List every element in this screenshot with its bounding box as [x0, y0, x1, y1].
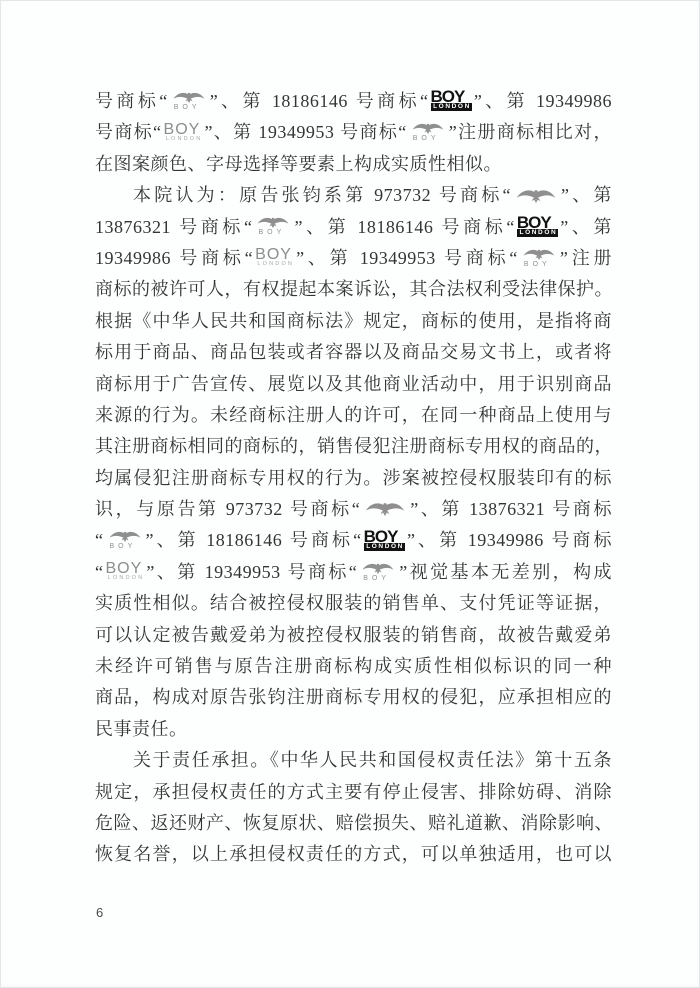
boy-london-outline-bottom: LONDON	[106, 575, 145, 581]
document-line: 标用于商品、商品包装或者容器以及商品交易文书上，或者将	[95, 337, 612, 368]
document-line: 均属侵犯注册商标专用权的行为。涉案被控侵权服装印有的标	[95, 463, 612, 494]
document-line: 19349986 号商标“BOYLONDON”、第 19349953 号商标“B…	[95, 243, 612, 274]
text-run: 号商标“	[95, 91, 168, 111]
boy-eagle-caption: BOY	[520, 261, 558, 268]
boy-eagle-logo: BOY	[170, 91, 208, 111]
text-run: ”、第 19349953 号商标“	[204, 122, 406, 142]
document-line: 未经许可销售与原告注册商标构成实质性相似标识的同一种	[95, 651, 612, 682]
text-run: ”、第	[560, 217, 612, 237]
text-run: 民事责任。	[95, 719, 188, 739]
text-run: ”视觉基本无差别，构成	[399, 562, 612, 582]
text-run: 恢复名誉，以上承担侵权责任的方式，可以单独适用，也可以	[95, 844, 612, 864]
document-line: 13876321 号商标“BOY”、第 18186146 号商标“BOYLOND…	[95, 212, 612, 243]
text-run: 在图案颜色、字母选择等要素上构成实质性相似。	[95, 154, 502, 174]
document-line: “BOY”、第 18186146 号商标“BOYLONDON”、第 193499…	[95, 525, 612, 556]
text-run: 19349986 号商标“	[95, 248, 253, 268]
boy-london-black-logo: BOYLONDON	[431, 90, 472, 111]
boy-london-black-logo: BOYLONDON	[364, 530, 405, 551]
boy-london-outline-logo: BOYLONDON	[106, 562, 145, 581]
document-line: 民事责任。	[95, 714, 612, 745]
boy-london-outline-top: BOY	[106, 562, 145, 575]
document-line: 商标用于广告宣传、展览以及其他商业活动中，用于识别商品	[95, 369, 612, 400]
text-run: ”、第 19349953 号商标“	[146, 562, 357, 582]
text-run: ”注册	[560, 248, 612, 268]
document-line: 可以认定被告戴爱弟为被控侵权服装的销售商，故被告戴爱弟	[95, 620, 612, 651]
boy-eagle-logo: BOY	[359, 562, 397, 582]
document-line: 识，与原告第 973732 号商标“”、第 13876321 号商标	[95, 494, 612, 525]
text-run: 商标用于广告宣传、展览以及其他商业活动中，用于识别商品	[95, 374, 612, 394]
text-run: 标用于商品、商品包装或者容器以及商品交易文书上，或者将	[95, 342, 612, 362]
boy-eagle-logo: BOY	[520, 248, 558, 268]
document-body-text: 号商标“BOY”、第 18186146 号商标“BOYLONDON”、第 193…	[95, 86, 612, 871]
text-run: 识，与原告第 973732 号商标“	[95, 499, 360, 519]
boy-eagle-caption: BOY	[170, 104, 208, 111]
text-run: “	[95, 562, 104, 582]
boy-eagle-caption: BOY	[409, 135, 447, 142]
eagle-emblem-logo	[513, 188, 559, 203]
boy-london-outline-top: BOY	[255, 248, 294, 261]
text-run: ”、第 19349986	[474, 91, 612, 111]
boy-eagle-caption: BOY	[359, 575, 397, 582]
boy-london-outline-top: BOY	[164, 123, 203, 136]
boy-eagle-logo: BOY	[409, 122, 447, 142]
document-line: 实质性相似。结合被控侵权服装的销售单、支付凭证等证据，	[95, 588, 612, 619]
boy-london-black-top: BOY	[517, 216, 558, 229]
document-line: 规定，承担侵权责任的方式主要有停止侵害、排除妨碍、消除	[95, 777, 612, 808]
text-run: 规定，承担侵权责任的方式主要有停止侵害、排除妨碍、消除	[95, 782, 612, 802]
text-run: 根据《中华人民共和国商标法》规定，商标的使用，是指将商	[95, 311, 612, 331]
text-run: 可以认定被告戴爱弟为被控侵权服装的销售商，故被告戴爱弟	[95, 625, 612, 645]
text-run: 其注册商标相同的商标的，销售侵犯注册商标专用权的商品的，	[95, 436, 613, 456]
document-line: 其注册商标相同的商标的，销售侵犯注册商标专用权的商品的，	[95, 431, 612, 462]
text-run: 商标的被许可人，有权提起本案诉讼，其合法权利受法律保护。	[95, 279, 613, 299]
document-line: 号商标“BOYLONDON”、第 19349953 号商标“BOY”注册商标相比…	[95, 117, 612, 148]
document-line: 在图案颜色、字母选择等要素上构成实质性相似。	[95, 149, 612, 180]
text-run: ”、第 18186146 号商标“	[210, 91, 429, 111]
boy-eagle-caption: BOY	[106, 543, 144, 550]
eagle-emblem-logo	[362, 501, 408, 516]
document-line: 商品，构成对原告张钧注册商标专用权的侵犯，应承担相应的	[95, 682, 612, 713]
boy-eagle-caption: BOY	[254, 229, 292, 236]
page-number: 6	[96, 905, 103, 920]
text-run: 本院认为：原告张钧系第 973732 号商标“	[133, 185, 511, 205]
boy-london-outline-logo: BOYLONDON	[164, 123, 203, 142]
text-run: 关于责任承担。《中华人民共和国侵权责任法》第十五条	[133, 750, 612, 770]
text-run: 商品，构成对原告张钧注册商标专用权的侵犯，应承担相应的	[95, 687, 612, 707]
boy-london-black-bottom: LONDON	[431, 103, 472, 111]
boy-london-outline-bottom: LONDON	[164, 136, 203, 142]
boy-eagle-logo: BOY	[254, 216, 292, 236]
text-run: ”、第 19349953 号商标“	[296, 248, 518, 268]
boy-london-outline-logo: BOYLONDON	[255, 248, 294, 267]
document-page: 号商标“BOY”、第 18186146 号商标“BOYLONDON”、第 193…	[0, 0, 700, 988]
text-run: ”注册商标相比对，	[449, 122, 612, 142]
text-run: ”、第	[561, 185, 612, 205]
text-run: “	[95, 530, 104, 550]
text-run: 均属侵犯注册商标专用权的行为。涉案被控侵权服装印有的标	[95, 468, 612, 488]
boy-london-outline-bottom: LONDON	[255, 261, 294, 267]
text-run: ”、第 18186146 号商标“	[294, 217, 514, 237]
boy-london-black-top: BOY	[431, 90, 472, 103]
text-run: 危险、返还财产、恢复原状、赔偿损失、赔礼道歉、消除影响、	[95, 813, 613, 833]
document-line: 来源的行为。未经商标注册人的许可，在同一种商品上使用与	[95, 400, 612, 431]
text-run: 实质性相似。结合被控侵权服装的销售单、支付凭证等证据，	[95, 593, 612, 613]
document-line: “BOYLONDON”、第 19349953 号商标“BOY”视觉基本无差别，构…	[95, 557, 612, 588]
boy-london-black-logo: BOYLONDON	[517, 216, 558, 237]
document-line: 关于责任承担。《中华人民共和国侵权责任法》第十五条	[95, 745, 612, 776]
text-run: ”、第 18186146 号商标“	[146, 530, 362, 550]
document-line: 根据《中华人民共和国商标法》规定，商标的使用，是指将商	[95, 306, 612, 337]
document-line: 恢复名誉，以上承担侵权责任的方式，可以单独适用，也可以	[95, 839, 612, 870]
boy-london-black-bottom: LONDON	[517, 229, 558, 237]
document-line: 号商标“BOY”、第 18186146 号商标“BOYLONDON”、第 193…	[95, 86, 612, 117]
document-line: 危险、返还财产、恢复原状、赔偿损失、赔礼道歉、消除影响、	[95, 808, 612, 839]
text-run: 13876321 号商标“	[95, 217, 252, 237]
document-line: 商标的被许可人，有权提起本案诉讼，其合法权利受法律保护。	[95, 274, 612, 305]
boy-london-black-top: BOY	[364, 530, 405, 543]
document-line: 本院认为：原告张钧系第 973732 号商标“”、第	[95, 180, 612, 211]
boy-london-black-bottom: LONDON	[364, 543, 405, 551]
boy-eagle-logo: BOY	[106, 530, 144, 550]
text-run: 来源的行为。未经商标注册人的许可，在同一种商品上使用与	[95, 405, 612, 425]
text-run: 未经许可销售与原告注册商标构成实质性相似标识的同一种	[95, 656, 612, 676]
text-run: ”、第 13876321 号商标	[410, 499, 612, 519]
text-run: ”、第 19349986 号商标	[407, 530, 612, 550]
text-run: 号商标“	[95, 122, 162, 142]
